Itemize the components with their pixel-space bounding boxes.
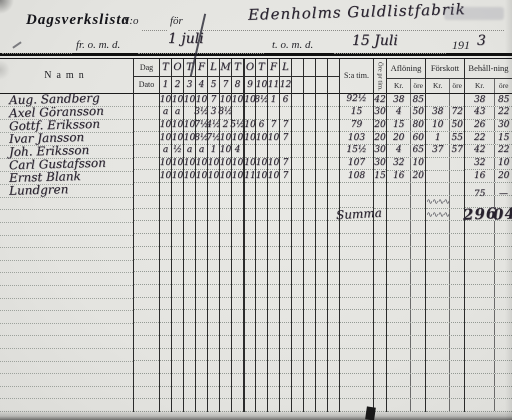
wages-ore-cell: 50 bbox=[410, 107, 425, 119]
hours-cell bbox=[184, 298, 195, 311]
advance-kr-cell: 38 bbox=[426, 107, 449, 119]
advance-kr-cell bbox=[426, 349, 449, 361]
hours-cell: 1 bbox=[208, 145, 219, 158]
hours-cell bbox=[304, 247, 315, 260]
hours-cell bbox=[292, 120, 303, 133]
day-row-label: Dag bbox=[134, 59, 159, 77]
hours-cell bbox=[208, 336, 219, 349]
hours-cell bbox=[160, 247, 171, 260]
advance-ore-cell bbox=[449, 374, 464, 386]
hours-cell bbox=[232, 196, 243, 209]
wages-row bbox=[387, 183, 425, 196]
hours-cell bbox=[268, 107, 279, 120]
hours-cell bbox=[160, 399, 171, 412]
advance-header: Förskott bbox=[426, 59, 464, 79]
hours-cell: 7½ bbox=[208, 132, 219, 145]
hours-cell bbox=[160, 285, 171, 298]
advance-ore-cell bbox=[449, 387, 464, 399]
hours-cell bbox=[196, 272, 207, 285]
hours-cell: 10 bbox=[184, 158, 195, 171]
balance-kr-value: 38 bbox=[474, 96, 485, 105]
balance-kr-cell bbox=[465, 374, 494, 386]
hours-cell bbox=[316, 234, 327, 247]
hours-cell bbox=[316, 158, 327, 171]
hours-cell bbox=[172, 285, 183, 298]
sum-cell: 108 bbox=[340, 170, 373, 183]
hours-cell bbox=[184, 247, 195, 260]
hours-cell bbox=[316, 349, 327, 362]
wages-kr-cell bbox=[387, 196, 410, 208]
hours-cell bbox=[292, 336, 303, 349]
grid-cell bbox=[134, 183, 159, 196]
balance-kr-ore-header: Kr.öre bbox=[465, 79, 512, 95]
hours-cell bbox=[220, 298, 231, 311]
balance-ore-cell: 30 bbox=[494, 120, 512, 132]
name-cell bbox=[0, 198, 133, 211]
hours-cell bbox=[172, 323, 183, 336]
to-date-handwritten: 15 Juli bbox=[352, 33, 398, 49]
balance-ore-cell bbox=[494, 247, 512, 259]
wages-ore-cell bbox=[410, 196, 425, 208]
hours-cell bbox=[268, 234, 279, 247]
sum-column: S:a tim.92½157910315½107108Summa bbox=[339, 59, 373, 412]
hours-cell bbox=[268, 285, 279, 298]
hours-value: 10 bbox=[256, 172, 267, 181]
advance-kr-cell bbox=[426, 272, 449, 284]
wages-ore-value: 50 bbox=[412, 108, 423, 117]
wages-kr-cell bbox=[387, 247, 410, 259]
hours-cell bbox=[316, 310, 327, 323]
wages-kr-cell bbox=[387, 323, 410, 335]
sum-cell bbox=[340, 234, 373, 247]
hours-cell bbox=[208, 361, 219, 374]
hours-cell: 7 bbox=[208, 94, 219, 107]
wages-row bbox=[387, 221, 425, 234]
hours-cell: 10 bbox=[160, 132, 171, 145]
advance-kr-cell bbox=[426, 387, 449, 399]
hours-cell bbox=[220, 260, 231, 273]
hours-cell bbox=[245, 399, 255, 412]
day-date-cell: 5 bbox=[208, 77, 219, 94]
hours-value: 10 bbox=[196, 96, 207, 105]
hours-cell: 10 bbox=[232, 94, 243, 107]
hours-cell bbox=[328, 145, 339, 158]
hours-cell bbox=[280, 336, 291, 349]
hours-cell bbox=[280, 107, 291, 120]
hours-cell bbox=[196, 361, 207, 374]
hours-cell bbox=[280, 247, 291, 260]
hours-value: 10 bbox=[196, 159, 207, 168]
day-date: 1 bbox=[163, 80, 169, 90]
kr-label: Kr. bbox=[426, 79, 449, 94]
day-column-header: O9 bbox=[245, 59, 255, 94]
hours-cell: a bbox=[172, 107, 183, 120]
grid-cell bbox=[134, 94, 159, 107]
name-cell bbox=[0, 324, 133, 337]
balance-kr-value: 16 bbox=[474, 172, 485, 181]
hours-value: 7 bbox=[211, 96, 217, 105]
hours-cell bbox=[280, 145, 291, 158]
day-column-header: M7 bbox=[220, 59, 231, 94]
day-date-cell bbox=[292, 77, 303, 94]
advance-kr-cell bbox=[426, 361, 449, 373]
hours-cell bbox=[245, 209, 255, 222]
sum-cell: Summa bbox=[340, 208, 373, 221]
balance-row bbox=[465, 399, 512, 412]
hours-cell bbox=[304, 387, 315, 400]
balance-row: 3885 bbox=[465, 94, 512, 107]
day-date: 8 bbox=[235, 80, 241, 90]
advance-kr-cell bbox=[426, 234, 449, 246]
hours-cell bbox=[245, 349, 255, 362]
balance-kr-value: 32 bbox=[474, 159, 485, 168]
hours-cell bbox=[232, 221, 243, 234]
hours-cell bbox=[292, 221, 303, 234]
hours-cell bbox=[232, 107, 243, 120]
hours-cell bbox=[304, 323, 315, 336]
day-letter-cell bbox=[328, 59, 339, 77]
rate-cell bbox=[374, 234, 386, 247]
hours-cell bbox=[292, 285, 303, 298]
balance-kr-cell bbox=[465, 247, 494, 259]
rate-cell bbox=[374, 361, 386, 374]
hours-value: 10 bbox=[256, 134, 267, 143]
hours-cell bbox=[160, 221, 171, 234]
balance-ore-cell bbox=[494, 349, 512, 361]
wages-row: 3885 bbox=[387, 94, 425, 107]
hours-cell bbox=[280, 260, 291, 273]
balance-kr-value: 22 bbox=[474, 134, 485, 143]
balance-row bbox=[465, 285, 512, 298]
rate-header: Öre pr tim. bbox=[374, 59, 386, 94]
balance-row bbox=[465, 234, 512, 247]
sum-cell bbox=[340, 336, 373, 349]
day-date-cell: 10 bbox=[256, 77, 267, 94]
hours-cell bbox=[292, 234, 303, 247]
hours-cell bbox=[304, 196, 315, 209]
grid-cell bbox=[134, 221, 159, 234]
grid-cell bbox=[134, 260, 159, 273]
sum-value: 15 bbox=[351, 108, 362, 117]
advance-ore-cell bbox=[449, 323, 464, 335]
hours-cell bbox=[268, 298, 279, 311]
advance-ore-cell bbox=[449, 221, 464, 233]
hours-cell bbox=[184, 323, 195, 336]
advance-kr-cell bbox=[426, 285, 449, 297]
hours-cell bbox=[220, 361, 231, 374]
wages-ore-cell bbox=[410, 221, 425, 233]
balance-kr-cell bbox=[465, 260, 494, 272]
sum-cell bbox=[340, 349, 373, 362]
hours-value: 10 bbox=[184, 172, 195, 181]
wages-row: 1580 bbox=[387, 120, 425, 133]
rate-cell: 20 bbox=[374, 120, 386, 133]
grid-cell bbox=[134, 387, 159, 400]
wages-kr-cell bbox=[387, 349, 410, 361]
day-column: T108½6101010 bbox=[255, 59, 267, 412]
hours-cell bbox=[208, 374, 219, 387]
hours-cell bbox=[172, 349, 183, 362]
rate-cell: 15 bbox=[374, 170, 386, 183]
wages-row bbox=[387, 399, 425, 412]
hours-cell bbox=[196, 221, 207, 234]
grid-cell bbox=[134, 323, 159, 336]
hours-cell bbox=[232, 285, 243, 298]
hours-cell bbox=[292, 349, 303, 362]
hours-cell bbox=[245, 107, 255, 120]
hours-cell: a bbox=[196, 145, 207, 158]
balance-ore-cell: 22 bbox=[494, 145, 512, 157]
hours-cell bbox=[316, 107, 327, 120]
wages-ore-cell bbox=[410, 336, 425, 348]
hours-cell bbox=[196, 209, 207, 222]
hours-value: 7 bbox=[283, 172, 289, 181]
wages-row bbox=[387, 209, 425, 222]
advance-kr-cell bbox=[426, 209, 449, 221]
hours-cell bbox=[196, 234, 207, 247]
hours-cell bbox=[280, 323, 291, 336]
hours-cell bbox=[316, 120, 327, 133]
wages-row: 450 bbox=[387, 107, 425, 120]
hours-cell: 10 bbox=[184, 170, 195, 183]
day-column-header bbox=[328, 59, 339, 94]
hours-cell bbox=[196, 336, 207, 349]
name-cell bbox=[0, 387, 133, 400]
hours-cell bbox=[304, 374, 315, 387]
hours-cell bbox=[328, 323, 339, 336]
sum-cell bbox=[340, 221, 373, 234]
rate-cell bbox=[374, 336, 386, 349]
balance-kr-cell bbox=[465, 399, 494, 411]
wages-kr-cell: 38 bbox=[387, 94, 410, 106]
hours-cell bbox=[316, 170, 327, 183]
sum-value: 107 bbox=[348, 159, 365, 168]
hours-cell bbox=[268, 247, 279, 260]
wages-row bbox=[387, 323, 425, 336]
hours-cell bbox=[280, 234, 291, 247]
wages-ore-cell bbox=[410, 310, 425, 322]
hours-cell bbox=[280, 272, 291, 285]
scan-notch bbox=[365, 406, 376, 420]
hours-cell bbox=[160, 209, 171, 222]
hours-cell bbox=[256, 234, 267, 247]
hours-cell bbox=[196, 260, 207, 273]
form-header: Dagsverkslista N:o för Edenholms Guldlis… bbox=[0, 0, 512, 55]
hours-cell bbox=[196, 323, 207, 336]
hours-cell bbox=[160, 349, 171, 362]
balance-row: 4222 bbox=[465, 145, 512, 158]
hours-cell bbox=[280, 387, 291, 400]
advance-ore-cell: 57 bbox=[449, 145, 464, 157]
ore-label: öre bbox=[410, 79, 425, 94]
advance-row bbox=[426, 196, 464, 209]
balance-row: 2630 bbox=[465, 120, 512, 133]
hours-cell: 7 bbox=[280, 120, 291, 133]
day-letter: O bbox=[173, 62, 181, 73]
wages-kr-cell: 32 bbox=[387, 158, 410, 170]
hours-cell bbox=[328, 349, 339, 362]
hours-cell bbox=[256, 336, 267, 349]
day-column: T8105½1041010 bbox=[231, 59, 243, 412]
rate-cell bbox=[374, 285, 386, 298]
hours-value: 10 bbox=[256, 159, 267, 168]
balance-ore-cell: 20 bbox=[494, 170, 512, 182]
hours-value: 10 bbox=[172, 134, 183, 143]
hours-cell bbox=[304, 132, 315, 145]
hours-cell bbox=[220, 374, 231, 387]
hours-cell bbox=[280, 361, 291, 374]
hours-cell bbox=[208, 209, 219, 222]
sum-header: S:a tim. bbox=[340, 59, 373, 94]
hours-cell: 6 bbox=[256, 120, 267, 133]
advance-kr-value: 1 bbox=[435, 134, 441, 143]
day-column: L1267777 bbox=[279, 59, 291, 412]
hours-cell bbox=[196, 247, 207, 260]
hours-cell bbox=[196, 298, 207, 311]
hours-cell bbox=[160, 183, 171, 196]
day-letter: F bbox=[270, 62, 277, 73]
hours-cell bbox=[268, 260, 279, 273]
day-letter: L bbox=[210, 62, 217, 73]
advance-ore-cell bbox=[449, 285, 464, 297]
hours-value: ½ bbox=[173, 146, 182, 155]
wages-ore-cell bbox=[410, 272, 425, 284]
sum-value: 15½ bbox=[346, 146, 366, 155]
day-column: F4103½7½8½a1010 bbox=[195, 59, 207, 412]
ore-label: öre bbox=[449, 79, 464, 94]
balance-row: 1620 bbox=[465, 170, 512, 183]
hours-cell: 10 bbox=[172, 94, 183, 107]
advance-ore-value: 55 bbox=[451, 134, 462, 143]
name-cell bbox=[0, 223, 133, 236]
advance-kr-cell bbox=[426, 221, 449, 233]
hours-value: a bbox=[187, 146, 192, 155]
rate-value: 30 bbox=[374, 146, 385, 155]
hours-cell bbox=[292, 196, 303, 209]
number-blank-line bbox=[142, 29, 167, 31]
balance-row bbox=[465, 272, 512, 285]
balance-ore-cell bbox=[494, 336, 512, 348]
hours-cell bbox=[304, 209, 315, 222]
hours-cell: 8½ bbox=[220, 107, 231, 120]
kr-label: Kr. bbox=[387, 79, 410, 94]
hours-cell bbox=[316, 94, 327, 107]
sum-cell bbox=[340, 361, 373, 374]
form-title: Dagsverkslista bbox=[26, 12, 130, 29]
rate-cell bbox=[374, 247, 386, 260]
hours-cell bbox=[328, 120, 339, 133]
balance-ore-cell bbox=[494, 387, 512, 399]
hours-value: 10 bbox=[232, 172, 243, 181]
balance-ore-cell bbox=[494, 285, 512, 297]
hours-cell bbox=[328, 361, 339, 374]
hours-cell bbox=[172, 196, 183, 209]
sum-cell bbox=[340, 374, 373, 387]
advance-kr-cell bbox=[426, 399, 449, 411]
balance-kr-cell bbox=[465, 234, 494, 246]
sum-cell: 15½ bbox=[340, 145, 373, 158]
hours-cell: 10 bbox=[256, 158, 267, 171]
hours-cell bbox=[256, 272, 267, 285]
hours-cell bbox=[184, 387, 195, 400]
day-letter: T bbox=[162, 62, 169, 73]
advance-ore-cell bbox=[449, 361, 464, 373]
advance-row bbox=[426, 260, 464, 273]
company-blank-line bbox=[188, 29, 504, 31]
hours-cell bbox=[256, 107, 267, 120]
hours-cell bbox=[196, 196, 207, 209]
hours-value: 10 bbox=[172, 172, 183, 181]
balance-ore-cell: 15 bbox=[494, 132, 512, 144]
day-letter: L bbox=[282, 62, 289, 73]
hours-cell bbox=[304, 310, 315, 323]
day-date: 4 bbox=[199, 80, 205, 90]
hours-cell bbox=[184, 361, 195, 374]
hours-cell bbox=[172, 387, 183, 400]
hours-cell bbox=[256, 310, 267, 323]
hours-cell bbox=[328, 132, 339, 145]
day-date-cell: 11 bbox=[268, 77, 279, 94]
balance-kr-cell bbox=[465, 323, 494, 335]
day-column-header: L5 bbox=[208, 59, 219, 94]
hours-cell bbox=[316, 196, 327, 209]
rate-cell: 30 bbox=[374, 158, 386, 171]
hours-value: 10 bbox=[220, 172, 231, 181]
hours-cell bbox=[328, 196, 339, 209]
kr-label: Kr. bbox=[465, 79, 494, 94]
hours-value: 10 bbox=[172, 159, 183, 168]
hours-cell bbox=[292, 170, 303, 183]
advance-ore-cell bbox=[449, 183, 464, 195]
hours-value: 10 bbox=[172, 96, 183, 105]
balance-ore-cell bbox=[494, 298, 512, 310]
grid-cell bbox=[134, 336, 159, 349]
hours-cell: 10 bbox=[196, 158, 207, 171]
advance-row bbox=[426, 171, 464, 184]
from-date-blank-line bbox=[138, 52, 264, 54]
wages-ore-cell bbox=[410, 298, 425, 310]
sum-cell bbox=[340, 285, 373, 298]
balance-kr-cell: 75 bbox=[465, 183, 494, 195]
balance-kr-cell bbox=[465, 349, 494, 361]
hours-cell bbox=[280, 209, 291, 222]
rate-cell bbox=[374, 387, 386, 400]
advance-kr-cell: 1 bbox=[426, 132, 449, 144]
hours-value: 6 bbox=[283, 96, 289, 105]
wages-kr-value: 4 bbox=[396, 146, 402, 155]
wages-kr-value: 32 bbox=[393, 159, 404, 168]
day-column-header: T1 bbox=[160, 59, 171, 94]
hours-cell bbox=[328, 94, 339, 107]
advance-kr-cell bbox=[426, 260, 449, 272]
grid-cell bbox=[134, 209, 159, 222]
grid-cell bbox=[134, 374, 159, 387]
hours-value: 10 bbox=[220, 134, 231, 143]
wages-kr-cell bbox=[387, 209, 410, 221]
hours-cell bbox=[208, 399, 219, 412]
hours-cell bbox=[280, 374, 291, 387]
advance-ore-cell bbox=[449, 171, 464, 183]
hours-cell bbox=[196, 374, 207, 387]
hours-cell bbox=[316, 272, 327, 285]
hours-value: a bbox=[163, 108, 168, 117]
sum-cell bbox=[340, 247, 373, 260]
balance-kr-value: 43 bbox=[474, 108, 485, 117]
hours-cell bbox=[328, 221, 339, 234]
hours-cell bbox=[172, 272, 183, 285]
wages-header: Aflöning bbox=[387, 59, 425, 79]
hours-cell bbox=[245, 272, 255, 285]
